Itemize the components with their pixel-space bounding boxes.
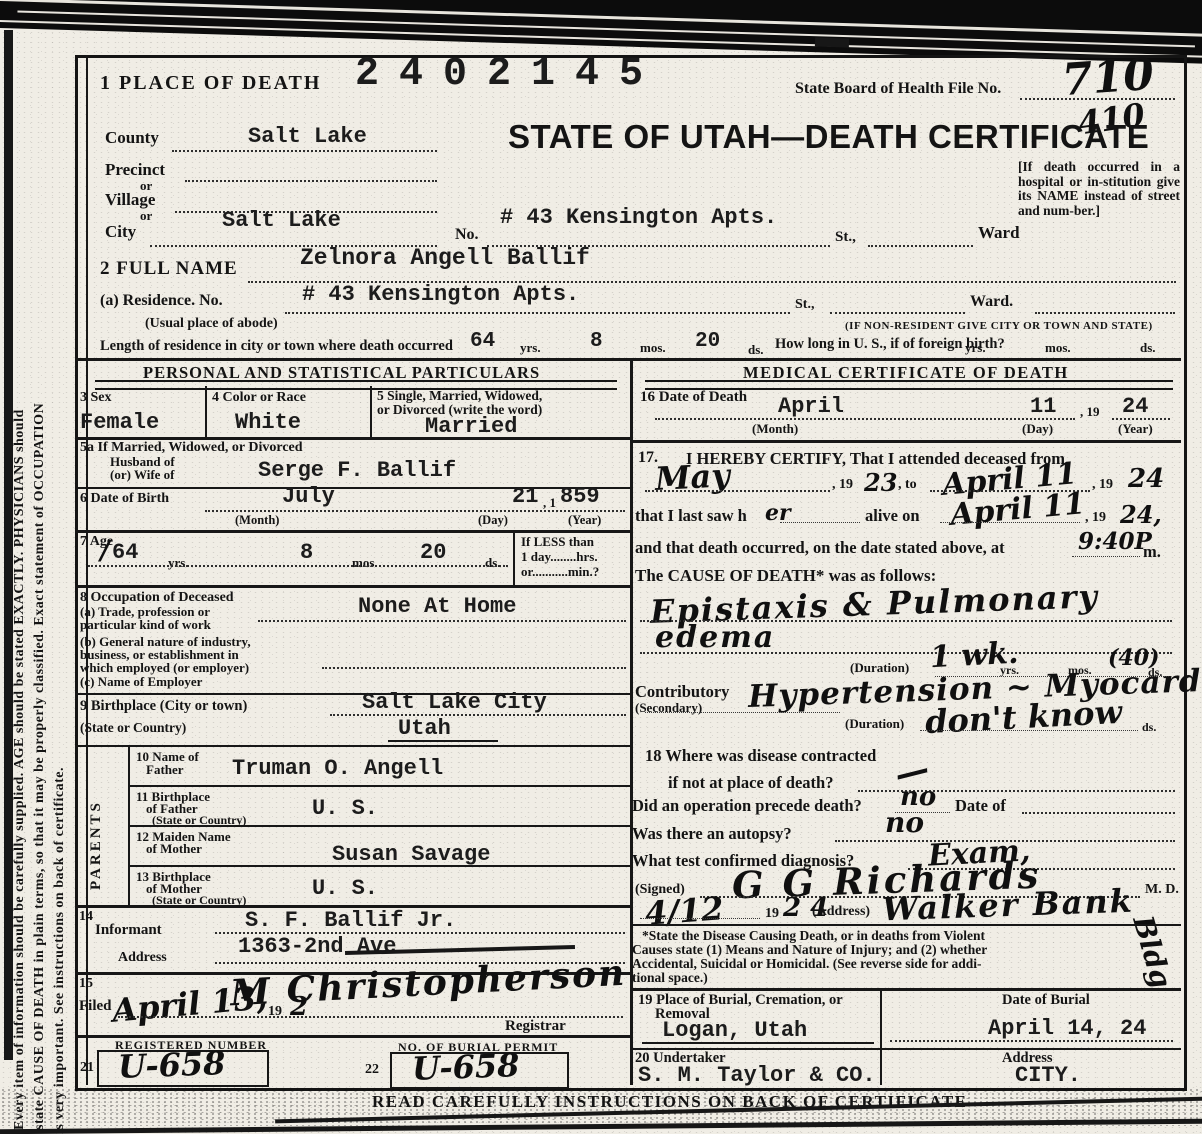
dotted-rule bbox=[185, 180, 437, 182]
father-birthplace-value: U. S. bbox=[312, 796, 378, 821]
dotted-rule bbox=[172, 150, 437, 152]
birth-year-prefix: , 1 bbox=[543, 495, 556, 511]
rule bbox=[75, 585, 633, 588]
saw-year-handwritten: 24, bbox=[1120, 500, 1162, 529]
rule bbox=[630, 988, 1181, 991]
county-value: Salt Lake bbox=[248, 124, 367, 149]
disease-contracted-line-2: if not at place of death? bbox=[668, 773, 833, 793]
street-no-value: # 43 Kensington Apts. bbox=[500, 205, 777, 230]
dotted-rule bbox=[285, 312, 790, 314]
dotted-rule bbox=[322, 667, 626, 669]
secondary-label: (Secondary) bbox=[635, 700, 702, 716]
birth-month-value: July bbox=[282, 484, 335, 509]
birthplace-label: 9 Birthplace (City or town) bbox=[80, 698, 247, 715]
rule bbox=[75, 358, 1181, 361]
residence-ds-label: ds. bbox=[748, 342, 764, 358]
birth-date-label: 6 Date of Birth bbox=[80, 491, 169, 507]
less-than-note-1: If LESS than bbox=[521, 534, 594, 550]
burial-place-value: Logan, Utah bbox=[662, 1018, 807, 1043]
margin-instruction-line-3: is very important. See instructions on b… bbox=[52, 420, 68, 1134]
rule bbox=[128, 785, 631, 787]
operation-label: Did an operation precede death? bbox=[632, 796, 862, 816]
date-of-death-year: 24 bbox=[1122, 394, 1148, 419]
spouse-value: Serge F. Ballif bbox=[258, 458, 456, 483]
cause-handwritten-2: edema bbox=[655, 620, 775, 655]
duration-2-ds-label: ds. bbox=[1142, 720, 1156, 735]
dotted-rule bbox=[655, 418, 1075, 420]
day-caption: (Day) bbox=[478, 513, 508, 528]
residence-ds-value: 20 bbox=[695, 330, 720, 353]
age-slash-mark: / bbox=[100, 536, 110, 566]
disease-contracted-line-1: 18 Where was disease contracted bbox=[645, 746, 876, 766]
file-number-label: State Board of Health File No. bbox=[795, 80, 1001, 98]
residence-yrs-value: 64 bbox=[470, 330, 495, 353]
race-label: 4 Color or Race bbox=[212, 390, 306, 406]
saw-sep: , 19 bbox=[1085, 510, 1106, 526]
ward-label: Ward bbox=[978, 223, 1020, 243]
less-than-note-2: 1 day........hrs. bbox=[521, 549, 598, 565]
rule bbox=[86, 55, 88, 1085]
month-caption: (Month) bbox=[752, 421, 798, 437]
us-mos-label: mos. bbox=[1045, 340, 1071, 356]
rule bbox=[513, 530, 515, 585]
dotted-rule bbox=[88, 565, 508, 567]
rule bbox=[388, 740, 498, 742]
city-value: Salt Lake bbox=[222, 208, 341, 233]
dotted-rule bbox=[890, 1040, 1173, 1042]
dotted-rule bbox=[1035, 312, 1175, 314]
year-caption: (Year) bbox=[1118, 421, 1153, 437]
duration-2-label: (Duration) bbox=[845, 716, 904, 732]
certify-sep-3: , 19 bbox=[1092, 477, 1113, 493]
certificate-number: 2402145 bbox=[355, 52, 663, 97]
father-birthplace-label-3: (State or Country) bbox=[152, 813, 246, 828]
residence-mos-value: 8 bbox=[590, 330, 603, 353]
dotted-rule bbox=[645, 490, 830, 492]
parents-label: PARENTS bbox=[88, 765, 105, 890]
day-caption: (Day) bbox=[1022, 421, 1053, 437]
margin-instruction-line-1: Every item of information should be care… bbox=[12, 40, 28, 1130]
address-label: (Address) bbox=[812, 904, 870, 920]
certificate-title: STATE OF UTAH—DEATH CERTIFICATE bbox=[508, 118, 1149, 156]
rule bbox=[630, 440, 1181, 443]
date-of-death-day: 11 bbox=[1030, 394, 1056, 419]
death-occurred-line-end: m. bbox=[1143, 542, 1161, 562]
dotted-rule bbox=[830, 312, 965, 314]
burial-permit-value: U-658 bbox=[411, 1046, 520, 1088]
informant-address-value: 1363-2nd Ave bbox=[238, 934, 396, 959]
filed-label: Filed bbox=[79, 998, 112, 1015]
mother-birthplace-value: U. S. bbox=[312, 876, 378, 901]
informant-value: S. F. Ballif Jr. bbox=[245, 908, 456, 933]
or-label: or bbox=[140, 208, 152, 224]
informant-number: 14 bbox=[79, 909, 93, 925]
rule bbox=[370, 386, 372, 437]
occupation-value: None At Home bbox=[358, 594, 516, 619]
undertaker-address-value: CITY. bbox=[1015, 1063, 1081, 1088]
birth-year-value: 859 bbox=[560, 484, 600, 509]
full-name-label: 2 FULL NAME bbox=[100, 258, 238, 280]
dotted-rule bbox=[868, 245, 973, 247]
sex-label: 3 Sex bbox=[80, 390, 112, 406]
md-label: M. D. bbox=[1145, 882, 1179, 898]
race-value: White bbox=[235, 410, 301, 435]
birthplace-state-label: (State or Country) bbox=[80, 720, 186, 736]
rule bbox=[75, 745, 633, 747]
occupation-c-label: (c) Name of Employer bbox=[80, 674, 202, 690]
precinct-label: Precinct bbox=[105, 160, 165, 180]
registered-number-value: U-658 bbox=[117, 1044, 226, 1086]
residence-label: (a) Residence. No. bbox=[100, 292, 223, 310]
autopsy-label: Was there an autopsy? bbox=[632, 824, 792, 844]
certify-sep-2: , to bbox=[898, 477, 917, 493]
informant-label: Informant bbox=[95, 922, 162, 939]
from-year-handwritten: 23 bbox=[864, 468, 897, 497]
birthplace-state-value: Utah bbox=[398, 716, 451, 741]
occupation-a-label-2: particular kind of work bbox=[80, 617, 211, 633]
father-name-value: Truman O. Angell bbox=[232, 756, 443, 781]
to-year-handwritten: 24 bbox=[1128, 464, 1164, 494]
burial-permit-num: 22 bbox=[365, 1062, 379, 1078]
dotted-rule bbox=[258, 620, 626, 622]
margin-instruction-line-2: state CAUSE OF DEATH in plain terms, so … bbox=[32, 40, 48, 1130]
marital-value: Married bbox=[425, 414, 517, 439]
age-ds-value: 20 bbox=[420, 540, 446, 565]
dotted-rule bbox=[920, 730, 1138, 731]
footnote-line-4: tional space.) bbox=[632, 970, 708, 986]
age-mos-label: mos. bbox=[352, 555, 378, 571]
year-caption: (Year) bbox=[568, 513, 601, 528]
last-saw-line: that I last saw h bbox=[635, 506, 747, 526]
scan-artifact-blob bbox=[815, 37, 849, 47]
contributory-label: Contributory bbox=[635, 682, 729, 702]
date-of-death-year-prefix: , 19 bbox=[1080, 404, 1100, 420]
residence-length-label: Length of residence in city or town wher… bbox=[100, 338, 453, 355]
age-ds-label: ds. bbox=[485, 555, 501, 571]
us-yrs-label: yrs. bbox=[965, 340, 986, 356]
date-of-death-month: April bbox=[778, 394, 844, 419]
certify-sep-1: , 19 bbox=[832, 477, 853, 493]
age-mos-value: 8 bbox=[300, 540, 313, 565]
village-label: Village bbox=[105, 190, 155, 210]
informant-address-label: Address bbox=[118, 950, 167, 966]
county-label: County bbox=[105, 128, 159, 148]
rule bbox=[642, 1042, 874, 1044]
sex-value: Female bbox=[80, 410, 159, 435]
dotted-rule bbox=[640, 918, 760, 919]
dotted-rule bbox=[1022, 812, 1175, 814]
nonresident-note: (IF NON-RESIDENT GIVE CITY OR TOWN AND S… bbox=[845, 320, 1153, 332]
hospital-note: [If death occurred in a hospital or in-s… bbox=[1018, 160, 1180, 218]
undertaker-value: S. M. Taylor & CO. bbox=[638, 1063, 876, 1088]
mother-name-value: Susan Savage bbox=[332, 842, 490, 867]
death-occurred-line: and that death occurred, on the date sta… bbox=[635, 538, 1005, 558]
registrar-label: Registrar bbox=[505, 1018, 566, 1035]
rule bbox=[75, 530, 633, 533]
filed-number: 15 bbox=[79, 976, 93, 992]
rule bbox=[75, 693, 633, 695]
mother-name-label-2: of Mother bbox=[146, 841, 202, 857]
street-no-label: No. bbox=[455, 226, 479, 244]
signature-year-printed: 19 bbox=[765, 906, 779, 922]
dotted-rule bbox=[330, 714, 626, 716]
rule bbox=[630, 924, 1181, 926]
burial-date-label: Date of Burial bbox=[1002, 992, 1090, 1009]
full-name-value: Zelnora Angell Ballif bbox=[300, 245, 590, 271]
age-yrs-value: 64 bbox=[112, 540, 138, 565]
scan-stripe bbox=[0, 0, 1202, 37]
burial-date-value: April 14, 24 bbox=[988, 1016, 1146, 1041]
dotted-rule bbox=[940, 522, 1080, 523]
operation-date-label: Date of bbox=[955, 796, 1006, 816]
alive-on-label: alive on bbox=[865, 506, 920, 526]
residence-st-label: St., bbox=[795, 297, 814, 313]
registered-number-num: 21 bbox=[80, 1060, 94, 1076]
age-yrs-label: yrs. bbox=[168, 555, 189, 571]
death-time-handwritten: 9:40P bbox=[1078, 528, 1152, 555]
signature-date-handwritten: 4/12 bbox=[644, 889, 725, 932]
abode-note: (Usual place of abode) bbox=[145, 316, 278, 332]
dotted-rule bbox=[1072, 556, 1140, 557]
date-of-death-label: 16 Date of Death bbox=[640, 389, 747, 406]
city-label: City bbox=[105, 222, 136, 242]
death-certificate-scan: Every item of information should be care… bbox=[0, 0, 1202, 1134]
residence-mos-label: mos. bbox=[640, 340, 666, 356]
mother-birthplace-label-3: (State or Country) bbox=[152, 893, 246, 908]
place-of-death-label: 1 PLACE OF DEATH bbox=[100, 72, 321, 95]
residence-ward-label: Ward. bbox=[970, 293, 1013, 311]
residence-value: # 43 Kensington Apts. bbox=[302, 282, 579, 307]
less-than-note-3: or...........min.? bbox=[521, 564, 599, 580]
residence-yrs-label: yrs. bbox=[520, 340, 541, 356]
rule bbox=[880, 988, 882, 1085]
st-label: St., bbox=[835, 229, 856, 246]
cause-of-death-label: The CAUSE OF DEATH* was as follows: bbox=[635, 566, 936, 586]
rule bbox=[205, 386, 207, 437]
birth-day-value: 21 bbox=[512, 484, 538, 509]
dotted-rule bbox=[1112, 418, 1170, 420]
us-ds-label: ds. bbox=[1140, 340, 1156, 356]
autopsy-answer-handwritten: no bbox=[885, 806, 924, 839]
dotted-rule bbox=[640, 652, 1172, 654]
month-caption: (Month) bbox=[235, 513, 279, 528]
dotted-rule bbox=[780, 522, 860, 523]
rule bbox=[78, 487, 630, 489]
father-name-label-2: Father bbox=[146, 762, 184, 778]
birthplace-value: Salt Lake City bbox=[362, 690, 547, 715]
spouse-label-3: (or) Wife of bbox=[110, 467, 175, 483]
dotted-rule bbox=[205, 510, 625, 512]
dotted-rule bbox=[645, 712, 840, 713]
